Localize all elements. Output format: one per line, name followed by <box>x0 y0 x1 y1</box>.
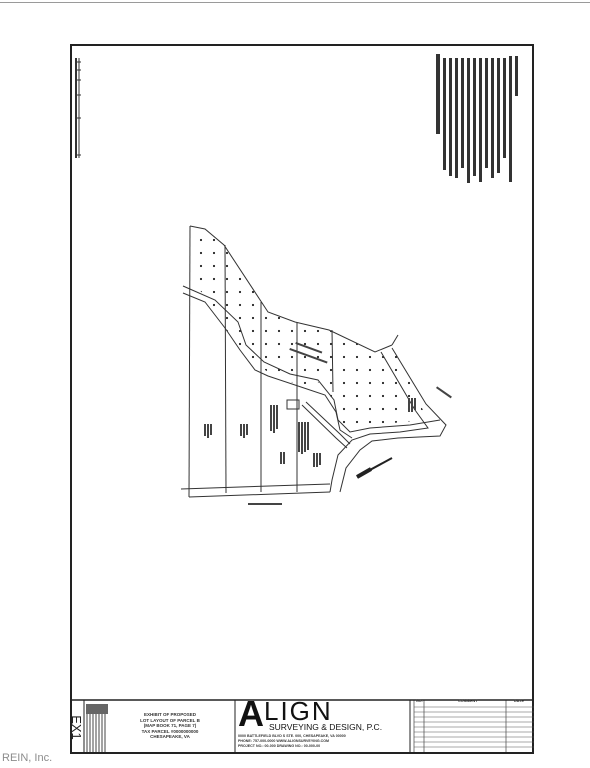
wetlands-area <box>180 220 440 440</box>
company-logo-a: A <box>238 696 264 732</box>
mls-watermark: REIN, Inc. <box>2 752 52 764</box>
revision-table-rows <box>414 707 534 747</box>
scale-bar <box>76 58 81 158</box>
company-contact: PHONE: 757-000-0000 WWW.ALIGNSURVEYING.C… <box>238 739 329 743</box>
site-plan-drawing <box>0 0 590 768</box>
company-name: SURVEYING & DESIGN, P.C. <box>269 722 382 732</box>
general-notes-block <box>436 54 518 183</box>
rev-header-date: DATE <box>514 699 524 703</box>
company-address: 0000 BATTLEFIELD BLVD S STE. 000, CHESAP… <box>238 734 346 738</box>
title-line-5: CHESAPEAKE, VA <box>130 734 210 740</box>
project-number: PROJECT NO.: 00-000 DRAWING NO.: 00-000-… <box>238 744 320 748</box>
exhibit-title: EXHIBIT OF PROPOSED LOT LAYOUT OF PARCEL… <box>130 712 210 740</box>
sheet-id: EX1 <box>69 707 83 747</box>
signature-stamp-lines <box>86 704 108 752</box>
rev-header-no: NO. <box>416 699 423 703</box>
rev-header-comment: COMMENT <box>458 699 478 703</box>
